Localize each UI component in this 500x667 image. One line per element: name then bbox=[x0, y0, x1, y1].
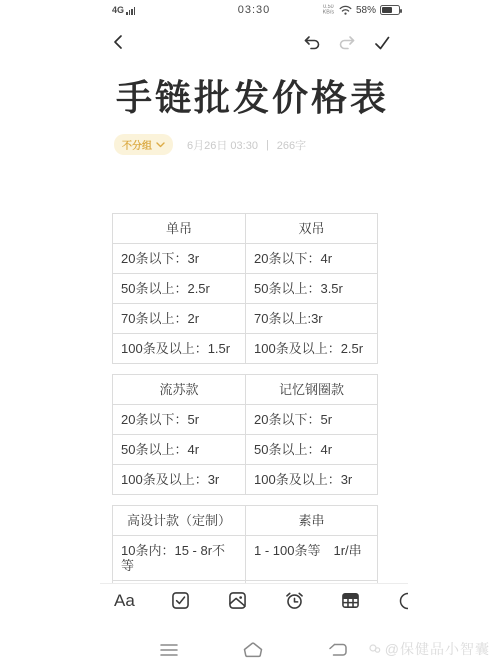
redo-button[interactable] bbox=[337, 33, 357, 53]
table-cell[interactable]: 100条及以上：1.5r bbox=[113, 334, 245, 363]
menu-recent-button[interactable] bbox=[158, 642, 180, 658]
table-header-cell[interactable]: 记忆钢圈款 bbox=[245, 375, 377, 404]
undo-button[interactable] bbox=[302, 33, 322, 53]
table-cell[interactable]: 70条以上:3r bbox=[245, 304, 377, 333]
table-cell[interactable]: 20条以下：5r bbox=[245, 405, 377, 434]
table-cell[interactable]: 20条以下：5r bbox=[113, 405, 245, 434]
note-meta: 6月26日 03:30 | 266字 bbox=[187, 137, 306, 153]
table-header-cell[interactable]: 素串 bbox=[245, 506, 377, 535]
table-header-cell[interactable]: 高设计款（定制） bbox=[113, 506, 245, 535]
table-row: 100条及以上：1.5r 100条及以上：2.5r bbox=[113, 333, 377, 363]
table-row: 20条以下：3r 20条以下：4r bbox=[113, 243, 377, 273]
table-cell[interactable]: 10条内：15 - 8r不等 bbox=[113, 536, 245, 580]
more-tool-partial-icon[interactable] bbox=[397, 590, 408, 612]
table-cell[interactable]: 20条以下：4r bbox=[245, 244, 377, 273]
battery-percent-label: 58% bbox=[356, 5, 376, 16]
chevron-down-icon bbox=[156, 142, 165, 148]
group-tag-label: 不分组 bbox=[122, 137, 152, 152]
note-editor-screen: 4G 03:30 0.50 KB/s 58% bbox=[100, 0, 408, 667]
editor-bottom-toolbar: Aa bbox=[100, 583, 408, 617]
back-nav-button[interactable] bbox=[326, 641, 350, 659]
back-button[interactable] bbox=[110, 33, 128, 51]
table-cell[interactable]: 50条以上：3.5r bbox=[245, 274, 377, 303]
editor-top-toolbar bbox=[100, 30, 408, 56]
note-word-count: 266字 bbox=[277, 137, 306, 153]
system-nav-bar bbox=[100, 634, 408, 666]
wifi-icon bbox=[339, 5, 352, 16]
table-cell[interactable]: 50条以上：4r bbox=[245, 435, 377, 464]
network-speed: 0.50 KB/s bbox=[323, 5, 334, 16]
table-cell[interactable]: 50条以上：4r bbox=[113, 435, 245, 464]
table-row: 50条以上：4r 50条以上：4r bbox=[113, 434, 377, 464]
table-row: 50条以上：2.5r 50条以上：3.5r bbox=[113, 273, 377, 303]
insert-table-button[interactable] bbox=[340, 590, 361, 611]
meta-divider: | bbox=[266, 139, 269, 151]
home-button[interactable] bbox=[240, 640, 266, 660]
table-cell[interactable]: 20条以下：3r bbox=[113, 244, 245, 273]
battery-icon bbox=[380, 5, 400, 15]
table-header-cell[interactable]: 流苏款 bbox=[113, 375, 245, 404]
table-cell[interactable]: 100条及以上：3r bbox=[245, 465, 377, 494]
table-header-row: 高设计款（定制） 素串 bbox=[113, 506, 377, 535]
watermark: @保健品小智囊 bbox=[368, 639, 490, 659]
note-date: 6月26日 03:30 bbox=[187, 137, 258, 153]
table-row: 10条内：15 - 8r不等 1 - 100条等 1r/串 bbox=[113, 535, 377, 580]
save-confirm-button[interactable] bbox=[372, 33, 392, 53]
table-header-cell[interactable]: 双吊 bbox=[245, 214, 377, 243]
table-header-cell[interactable]: 单吊 bbox=[113, 214, 245, 243]
table-header-row: 单吊 双吊 bbox=[113, 214, 377, 243]
watermark-text: @保健品小智囊 bbox=[385, 639, 490, 659]
table-row: 20条以下：5r 20条以下：5r bbox=[113, 404, 377, 434]
table-cell[interactable]: 50条以上：2.5r bbox=[113, 274, 245, 303]
insert-image-button[interactable] bbox=[227, 590, 248, 611]
text-format-button[interactable]: Aa bbox=[114, 591, 135, 611]
table-header-row: 流苏款 记忆钢圈款 bbox=[113, 375, 377, 404]
group-selector[interactable]: 不分组 bbox=[114, 134, 173, 155]
table-cell[interactable]: 100条及以上：3r bbox=[113, 465, 245, 494]
table-cell[interactable]: 100条及以上：2.5r bbox=[245, 334, 377, 363]
table-cell[interactable]: 1 - 100条等 1r/串 bbox=[245, 536, 377, 580]
price-table-single-double: 单吊 双吊 20条以下：3r 20条以下：4r 50条以上：2.5r 50条以上… bbox=[112, 213, 378, 364]
price-table-tassel-memory: 流苏款 记忆钢圈款 20条以下：5r 20条以下：5r 50条以上：4r 50条… bbox=[112, 374, 378, 495]
checklist-button[interactable] bbox=[170, 590, 191, 611]
table-cell[interactable]: 70条以上：2r bbox=[113, 304, 245, 333]
note-title[interactable]: 手链批发价格表 bbox=[116, 70, 389, 121]
table-row: 100条及以上：3r 100条及以上：3r bbox=[113, 464, 377, 494]
watermark-icon bbox=[368, 642, 382, 656]
reminder-alarm-button[interactable] bbox=[284, 590, 305, 611]
table-row: 70条以上：2r 70条以上:3r bbox=[113, 303, 377, 333]
status-bar: 4G 03:30 0.50 KB/s 58% bbox=[100, 2, 408, 18]
